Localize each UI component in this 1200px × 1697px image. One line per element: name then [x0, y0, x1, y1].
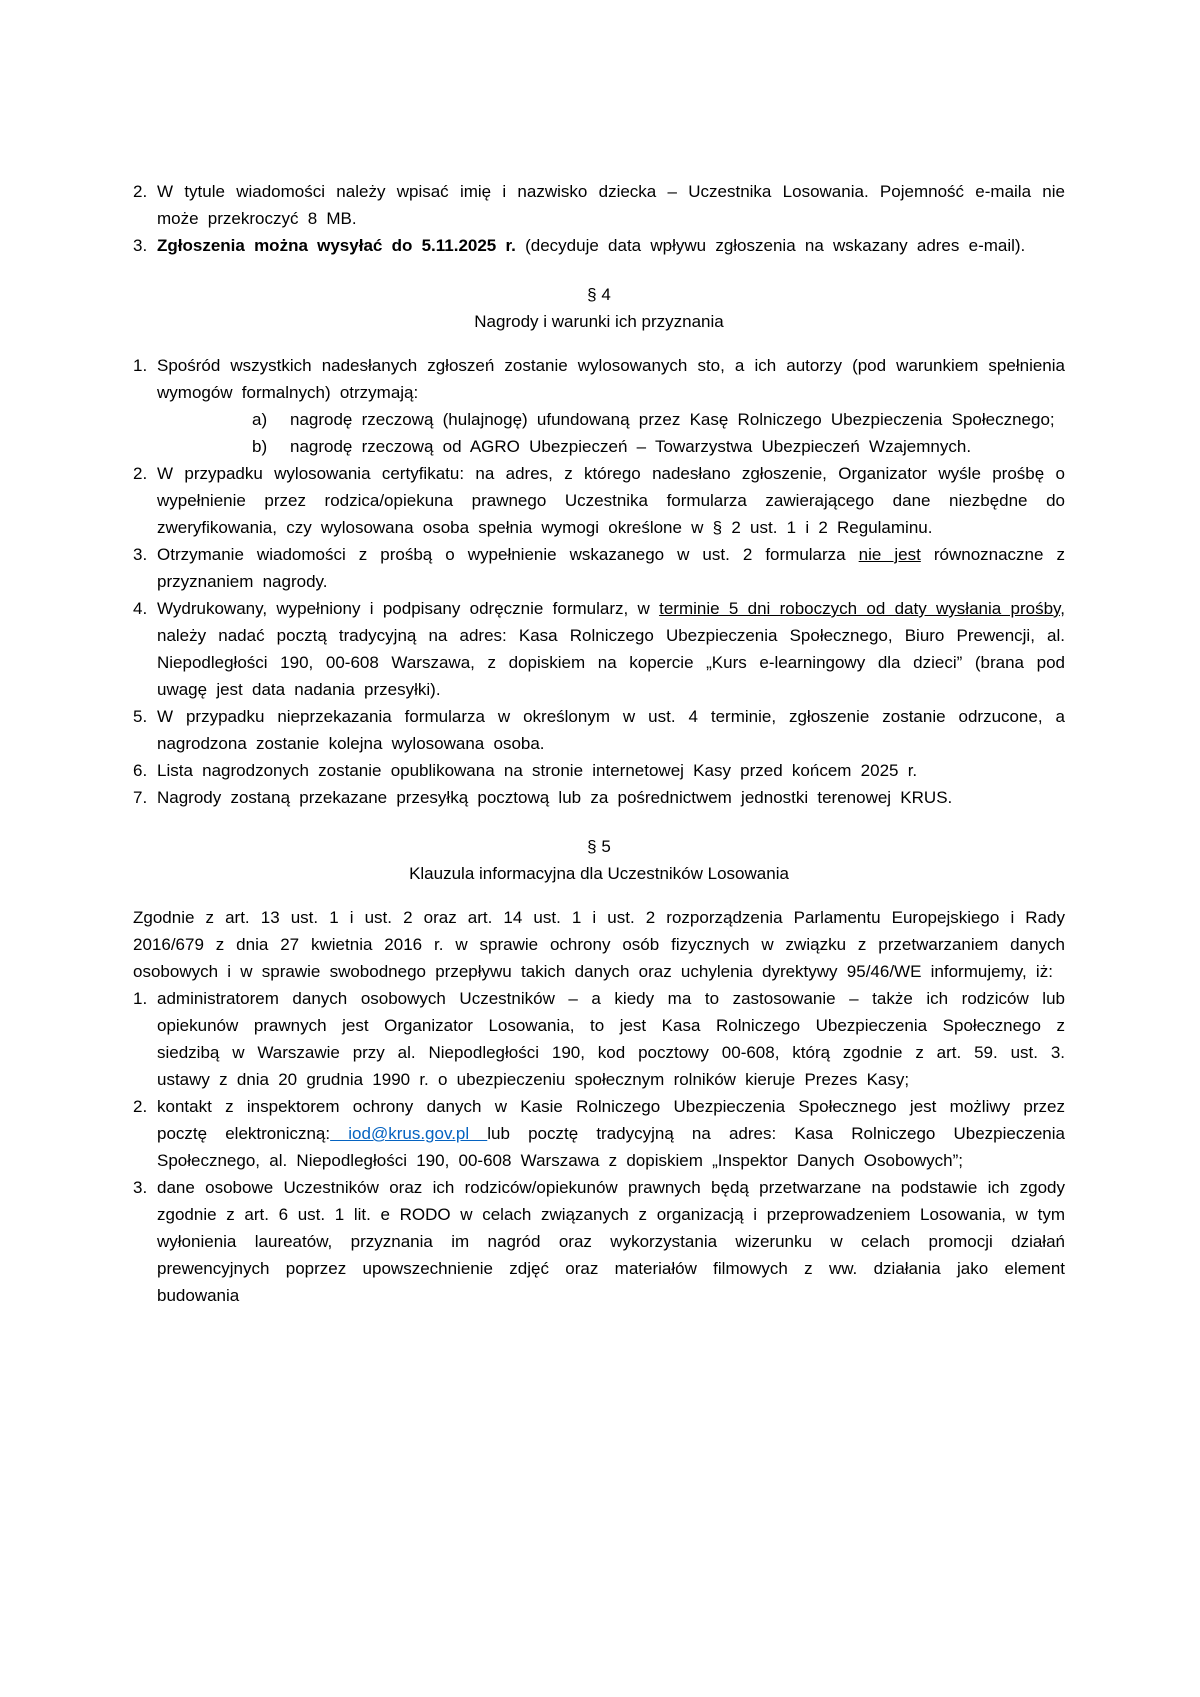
list-item: 3. Zgłoszenia można wysyłać do 5.11.2025… — [133, 232, 1065, 259]
text-run: należy nadać pocztą tradycyjną na adres:… — [157, 626, 1065, 699]
list-number: 3. — [133, 1174, 147, 1201]
text-run: Nagrody zostaną przekazane przesyłką poc… — [157, 788, 952, 807]
list-item: 3. dane osobowe Uczestników oraz ich rod… — [133, 1174, 1065, 1309]
list-item: 5. W przypadku nieprzekazania formularza… — [133, 703, 1065, 757]
section-5-header: § 5 Klauzula informacyjna dla Uczestnikó… — [133, 833, 1065, 887]
list-letter: b) — [252, 433, 267, 460]
list-item: 6. Lista nagrodzonych zostanie opublikow… — [133, 757, 1065, 784]
list-number: 3. — [133, 232, 147, 259]
section-4-number: § 4 — [133, 281, 1065, 308]
underlined-text: nie jest — [859, 545, 921, 564]
text-run: Wydrukowany, wypełniony i podpisany odrę… — [157, 599, 659, 618]
underlined-text: terminie 5 dni roboczych od daty wysłani… — [659, 599, 1065, 618]
list-number: 3. — [133, 541, 147, 568]
section-4-header: § 4 Nagrody i warunki ich przyznania — [133, 281, 1065, 335]
section-4-title: Nagrody i warunki ich przyznania — [133, 308, 1065, 335]
text-run: Otrzymanie wiadomości z prośbą o wypełni… — [157, 545, 859, 564]
list-item: 1. Spośród wszystkich nadesłanych zgłosz… — [133, 352, 1065, 406]
section-5-number: § 5 — [133, 833, 1065, 860]
list-subitem: b) nagrodę rzeczową od AGRO Ubezpieczeń … — [133, 433, 1065, 460]
list-number: 2. — [133, 460, 147, 487]
text-run: (decyduje data wpływu zgłoszenia na wska… — [516, 236, 1025, 255]
list-item: 4. Wydrukowany, wypełniony i podpisany o… — [133, 595, 1065, 703]
email-link[interactable]: iod@krus.gov.pl — [330, 1124, 487, 1143]
list-item: 1. administratorem danych osobowych Ucze… — [133, 985, 1065, 1093]
section-5-title: Klauzula informacyjna dla Uczestników Lo… — [133, 860, 1065, 887]
list-item: 2. W przypadku wylosowania certyfikatu: … — [133, 460, 1065, 541]
list-number: 1. — [133, 985, 147, 1012]
deadline-bold-text: Zgłoszenia można wysyłać do 5.11.2025 r. — [157, 236, 516, 255]
list-number: 6. — [133, 757, 147, 784]
list-letter: a) — [252, 406, 267, 433]
list-number: 4. — [133, 595, 147, 622]
list-item: 3. Otrzymanie wiadomości z prośbą o wype… — [133, 541, 1065, 595]
list-item: 2. kontakt z inspektorem ochrony danych … — [133, 1093, 1065, 1174]
text-run: W tytule wiadomości należy wpisać imię i… — [157, 182, 1065, 228]
document-content: 2. W tytule wiadomości należy wpisać imi… — [133, 178, 1065, 1309]
list-item: 2. W tytule wiadomości należy wpisać imi… — [133, 178, 1065, 232]
list-subitem: a) nagrodę rzeczową (hulajnogę) ufundowa… — [133, 406, 1065, 433]
text-run: Spośród wszystkich nadesłanych zgłoszeń … — [157, 356, 1065, 402]
text-run: W przypadku nieprzekazania formularza w … — [157, 707, 1065, 753]
text-run: nagrodę rzeczową od AGRO Ubezpieczeń – T… — [290, 437, 971, 456]
text-run: W przypadku wylosowania certyfikatu: na … — [157, 464, 1065, 537]
text-run: nagrodę rzeczową (hulajnogę) ufundowaną … — [290, 410, 1055, 429]
list-number: 5. — [133, 703, 147, 730]
text-run: Lista nagrodzonych zostanie opublikowana… — [157, 761, 917, 780]
list-number: 2. — [133, 1093, 147, 1120]
list-number: 7. — [133, 784, 147, 811]
list-number: 1. — [133, 352, 147, 379]
document-page: 2. W tytule wiadomości należy wpisać imi… — [0, 0, 1200, 1697]
text-run: administratorem danych osobowych Uczestn… — [157, 989, 1065, 1089]
text-run: dane osobowe Uczestników oraz ich rodzic… — [157, 1178, 1065, 1305]
section-5-intro: Zgodnie z art. 13 ust. 1 i ust. 2 oraz a… — [133, 904, 1065, 985]
list-number: 2. — [133, 178, 147, 205]
list-item: 7. Nagrody zostaną przekazane przesyłką … — [133, 784, 1065, 811]
